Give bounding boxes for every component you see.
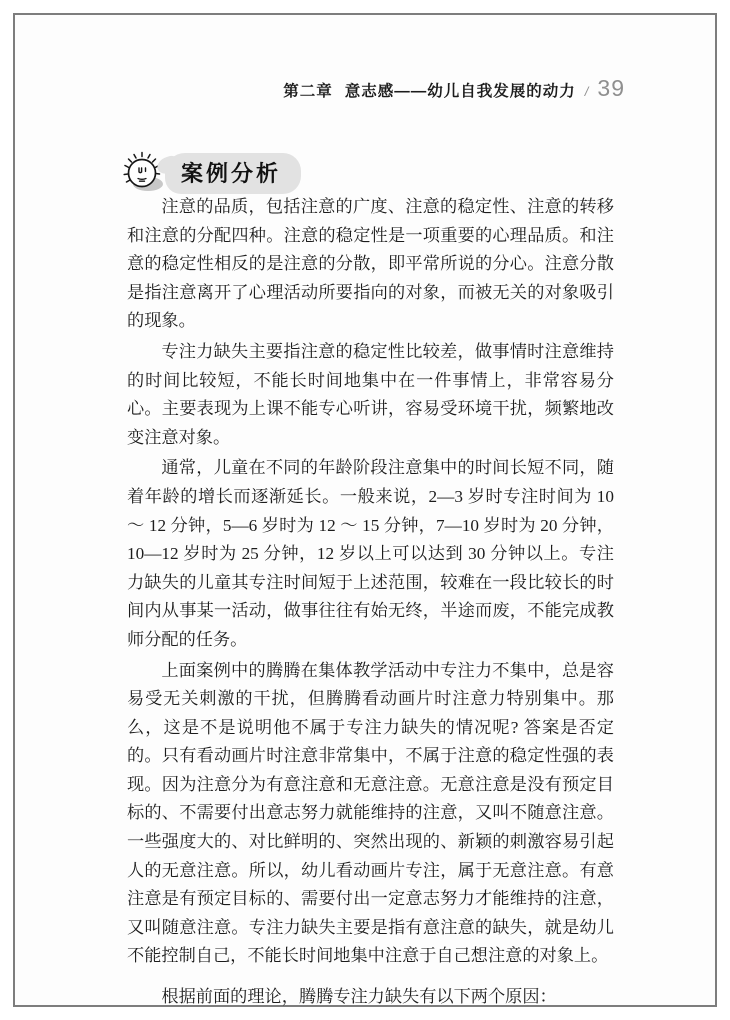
section-title: 案例分析 xyxy=(181,161,281,186)
book-scan-canvas: 第二章意志感——幼儿自我发展的动力 / 39 xyxy=(0,0,730,1020)
page-number: 39 xyxy=(597,75,625,102)
chapter-title: 意志感——幼儿自我发展的动力 xyxy=(345,83,576,100)
paragraph: 上面案例中的腾腾在集体教学活动中专注力不集中，总是容易受无关刺激的干扰，但腾腾看… xyxy=(127,657,614,972)
book-page: 第二章意志感——幼儿自我发展的动力 / 39 xyxy=(13,13,717,1007)
paragraph: 专注力缺失主要指注意的稳定性比较差，做事情时注意维持的时间比较短，不能长时间地集… xyxy=(127,338,614,452)
section-heading: 案例分析 xyxy=(119,148,301,198)
chapter-heading: 第二章意志感——幼儿自我发展的动力 xyxy=(283,79,576,101)
paragraph: 根据前面的理论，腾腾专注力缺失有以下两个原因： xyxy=(127,983,614,1012)
running-header: 第二章意志感——幼儿自我发展的动力 / 39 xyxy=(283,75,625,102)
body-text: 注意的品质，包括注意的广度、注意的稳定性、注意的转移和注意的分配四种。注意的稳定… xyxy=(127,193,614,1014)
header-separator: / xyxy=(585,84,589,99)
chapter-label: 第二章 xyxy=(283,83,333,100)
section-title-blob: 案例分析 xyxy=(165,153,301,194)
paragraph: 注意的品质，包括注意的广度、注意的稳定性、注意的转移和注意的分配四种。注意的稳定… xyxy=(127,193,614,336)
paragraph: 通常，儿童在不同的年龄阶段注意集中的时间长短不同，随着年龄的增长而逐渐延长。一般… xyxy=(127,454,614,654)
